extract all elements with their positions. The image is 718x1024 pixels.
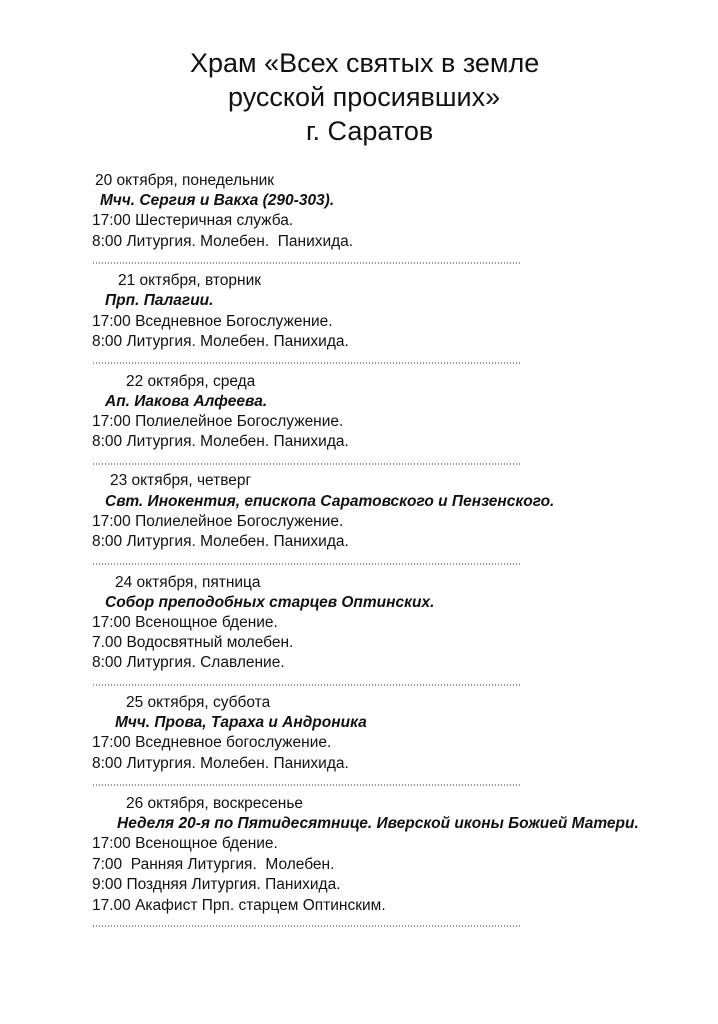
service-item: 8:00 Литургия. Молебен. Панихида. [92, 233, 353, 251]
dotted-separator [92, 925, 520, 927]
church-title-line-1: Храм «Всех святых в земле [190, 48, 539, 79]
dotted-separator [92, 463, 520, 465]
feast-title: Собор преподобных старцев Оптинских. [105, 594, 434, 612]
day-date: 23 октября, четверг [110, 472, 251, 490]
service-item: 8:00 Литургия. Молебен. Панихида. [92, 333, 349, 351]
feast-title: Ап. Иакова Алфеева. [105, 393, 267, 411]
service-item: 17:00 Вседневное богослужение. [92, 734, 331, 752]
dotted-separator [92, 563, 520, 565]
dotted-separator [92, 362, 520, 364]
service-item: 8:00 Литургия. Молебен. Панихида. [92, 433, 349, 451]
service-item: 9:00 Поздняя Литургия. Панихида. [92, 876, 341, 894]
day-date: 26 октября, воскресенье [126, 795, 303, 813]
feast-title: Свт. Инокентия, епископа Саратовского и … [105, 493, 554, 511]
feast-title: Прп. Палагии. [105, 292, 213, 310]
day-date: 24 октября, пятница [115, 574, 261, 592]
day-date: 21 октября, вторник [118, 272, 261, 290]
service-item: 17:00 Шестеричная служба. [92, 212, 293, 230]
city-title: г. Саратов [306, 116, 433, 147]
service-item: 17:00 Всенощное бдение. [92, 835, 278, 853]
service-item: 7:00 Ранняя Литургия. Молебен. [92, 856, 334, 874]
church-title-line-2: русской просиявших» [228, 82, 500, 113]
service-item: 8:00 Литургия. Славление. [92, 654, 285, 672]
day-date: 22 октября, среда [126, 373, 255, 391]
service-item: 17:00 Вседневное Богослужение. [92, 313, 333, 331]
service-item: 17.00 Акафист Прп. старцем Оптинским. [92, 897, 386, 915]
feast-title: Неделя 20-я по Пятидесятнице. Иверской и… [117, 815, 639, 833]
service-item: 8:00 Литургия. Молебен. Панихида. [92, 755, 349, 773]
dotted-separator [92, 262, 520, 264]
feast-title: Мчч. Прова, Тараха и Андроника [115, 714, 367, 732]
service-item: 17:00 Всенощное бдение. [92, 614, 278, 632]
day-date: 25 октября, суббота [126, 694, 270, 712]
service-item: 7.00 Водосвятный молебен. [92, 634, 293, 652]
feast-title: Мчч. Сергия и Вакха (290-303). [100, 192, 334, 210]
service-item: 17:00 Полиелейное Богослужение. [92, 413, 343, 431]
service-item: 17:00 Полиелейное Богослужение. [92, 513, 343, 531]
dotted-separator [92, 684, 520, 686]
day-date: 20 октября, понедельник [95, 172, 274, 190]
service-item: 8:00 Литургия. Молебен. Панихида. [92, 533, 349, 551]
dotted-separator [92, 784, 520, 786]
